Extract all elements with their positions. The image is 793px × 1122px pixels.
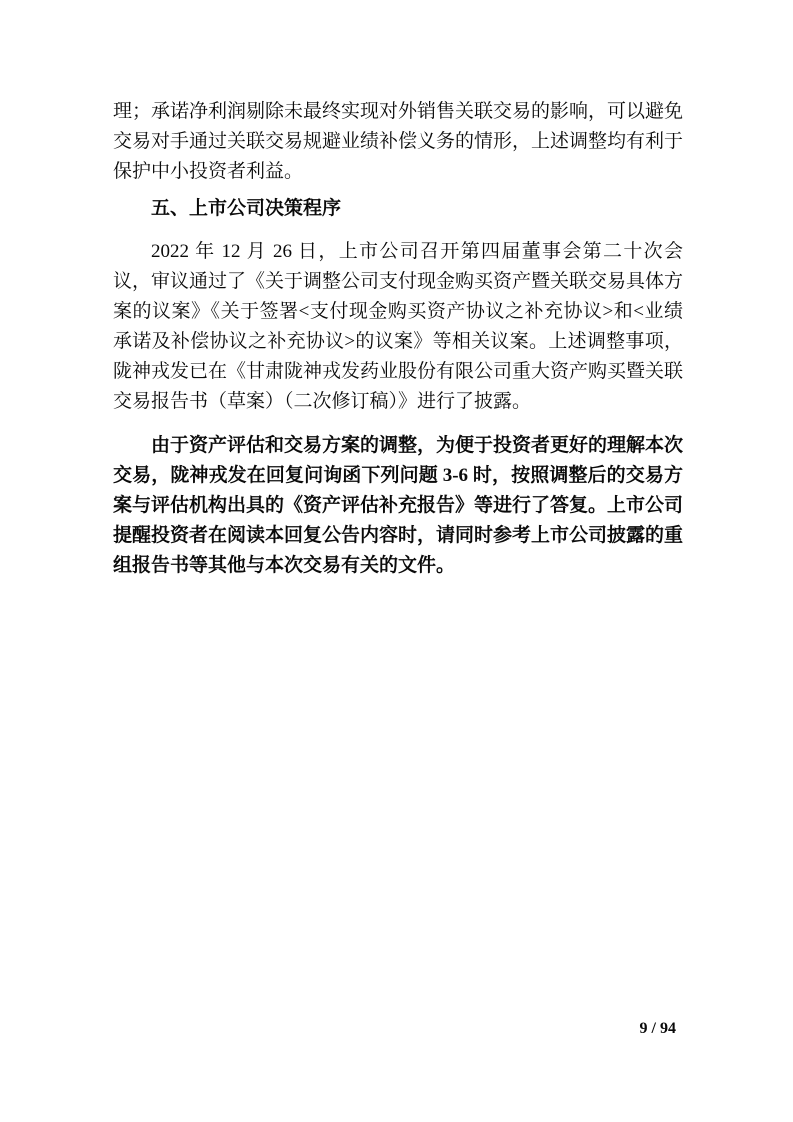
page-number: 9 / 94 bbox=[640, 1021, 676, 1037]
document-content: 理；承诺净利润剔除未最终实现对外销售关联交易的影响，可以避免交易对手通过关联交易… bbox=[113, 97, 683, 581]
document-page: 理；承诺净利润剔除未最终实现对外销售关联交易的影响，可以避免交易对手通过关联交易… bbox=[0, 0, 793, 1122]
paragraph-continuation: 理；承诺净利润剔除未最终实现对外销售关联交易的影响，可以避免交易对手通过关联交易… bbox=[113, 97, 683, 187]
section-heading: 五、上市公司决策程序 bbox=[113, 194, 683, 224]
paragraph-board-decision: 2022 年 12 月 26 日，上市公司召开第四届董事会第二十次会议，审议通过… bbox=[113, 237, 683, 417]
paragraph-investor-notice: 由于资产评估和交易方案的调整，为便于投资者更好的理解本次交易，陇神戎发在回复问询… bbox=[113, 431, 683, 581]
